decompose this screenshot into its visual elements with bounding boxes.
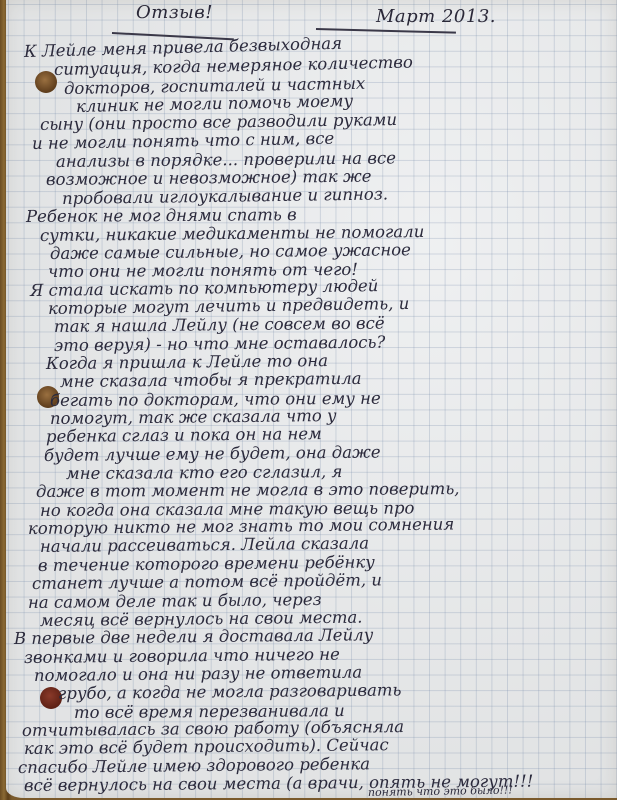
handwritten-line: пробовали иглоукалывание и гипноз. (62, 184, 388, 208)
grid-paper-sheet: Отзыв! Март 2013. К Лейле меня привела б… (6, 0, 617, 798)
handwritten-line: грубо, а когда не могла разговаривать (58, 681, 402, 704)
handwritten-line: станет лучше а потом всё пройдёт, и (32, 570, 382, 593)
scanned-page: Отзыв! Март 2013. К Лейле меня привела б… (0, 0, 617, 800)
letter-date: Март 2013. (376, 6, 496, 27)
handwritten-line: мне сказала чтобы я прекратила (60, 369, 362, 391)
footnote-line: понять что это было!!! (368, 784, 513, 800)
letter-title: Отзыв! (136, 2, 213, 23)
date-underline (316, 28, 456, 33)
